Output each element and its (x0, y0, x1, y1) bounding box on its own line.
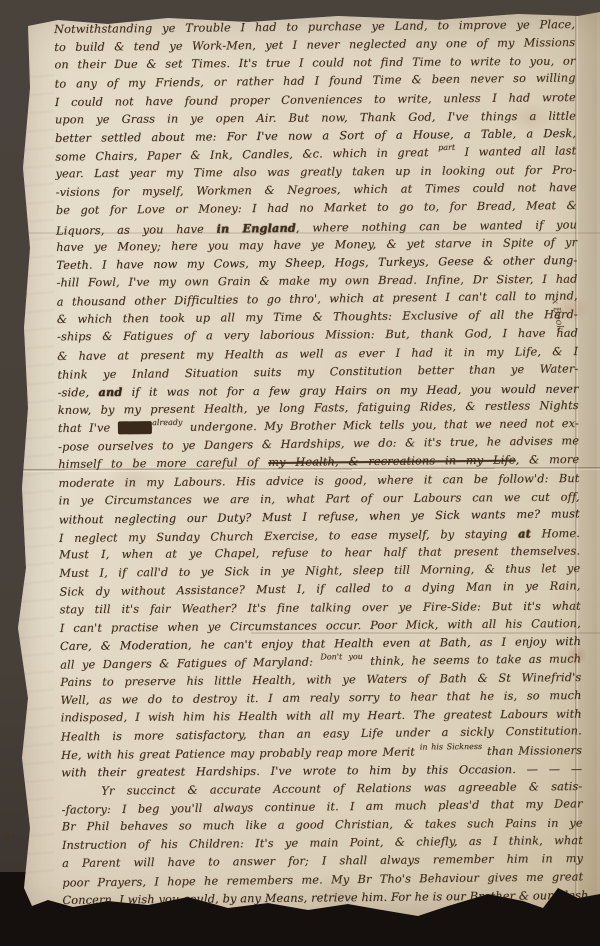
handwriting-text: some Chairs, Paper & Ink, Candles, &c. w… (55, 146, 438, 164)
interlinear-insertion: part (438, 143, 455, 152)
handwritten-line: with their greatest Hardships. I've wrot… (61, 760, 582, 782)
handwriting-text: , where nothing can be wanted if you (296, 218, 577, 234)
handwriting-text: Care, & Moderation, he can't enjoy that … (60, 635, 581, 653)
handwriting-text: stay till it's fair Weather? It's fine t… (60, 599, 581, 616)
interlinear-insertion: already (152, 418, 182, 427)
letter-body-text: Notwithstanding ye Trouble I had to purc… (54, 16, 584, 910)
manuscript-page: Notwithstanding ye Trouble I had to purc… (18, 8, 600, 920)
handwriting-text: Sick dy without Assistance? Must I, if c… (59, 580, 580, 599)
handwriting-text: on their Due & set Times. It's true I co… (54, 55, 575, 72)
handwriting-text: -hill Fowl, I've my own Grain & make my … (56, 273, 577, 290)
handwriting-text: I wanted all last (455, 144, 576, 158)
handwriting-text: and (98, 385, 122, 399)
handwriting-text: Br Phil behaves so much like a good Chri… (62, 817, 583, 834)
handwriting-text: in ye Circumstances we are in, what Part… (59, 490, 580, 507)
interlinear-insertion: Don't you (320, 652, 363, 662)
handwriting-text: upon ye Grass in ye open Air. But now, T… (55, 109, 576, 126)
handwritten-line: -side, and if it was not for a few gray … (57, 379, 578, 401)
handwriting-text: to any of my Friends, or rather had I fo… (55, 72, 576, 91)
handwriting-text: poor Prayers, I hope he remembers me. My… (62, 870, 583, 889)
handwriting-text: with their greatest Hardships. I've wrot… (61, 762, 582, 779)
struck-out-text: my Health, & recreations in my Life (268, 454, 516, 469)
handwriting-text: think ye Inland Situation suits my Const… (57, 362, 578, 381)
handwritten-line: upon ye Grass in ye open Air. But now, T… (55, 107, 576, 129)
handwriting-text: -ships & Fatigues of a very laborious Mi… (57, 327, 578, 344)
handwriting-text: -visions for myself, Workmen & Negroes, … (56, 181, 577, 199)
handwriting-text: Well, as we do to destroy it. I am realy… (60, 689, 581, 707)
handwriting-text: -factory: I beg you'll always continue i… (61, 797, 582, 816)
handwriting-text: Teeth. I have now my Cows, my Sheep, Hog… (56, 254, 577, 272)
handwriting-text: a thousand other Difficulties to go thro… (57, 289, 578, 308)
handwriting-text: Notwithstanding ye Trouble I had to purc… (54, 18, 575, 36)
handwriting-text: in England (216, 220, 295, 235)
handwriting-text: Instruction of his Children: It's ye mai… (62, 834, 583, 852)
struck-out-text: ——— (118, 421, 152, 434)
handwriting-text: & have at present my Health as well as e… (57, 345, 578, 363)
handwriting-text: think, he seems to take as much (363, 652, 581, 668)
handwriting-text: Liquors, as you have (56, 222, 217, 237)
handwriting-text: if it was not for a few gray Hairs on my… (122, 382, 578, 398)
handwriting-text: I could not have found proper Convenienc… (55, 91, 576, 109)
handwriting-text: better settled about me: For I've now a … (55, 127, 576, 145)
handwriting-text: be got for Love or Money: I had no Marke… (56, 199, 577, 217)
margin-annotation-left: the (1, 831, 15, 842)
scan-background: Notwithstanding ye Trouble I had to purc… (0, 0, 600, 946)
handwriting-text: to build & tend ye Work-Men, yet I never… (54, 36, 575, 54)
handwriting-text: Must I, when at ye Chapel, refuse to hea… (59, 545, 580, 562)
handwriting-text: Health is more satisfactory, than an eas… (61, 725, 582, 744)
handwriting-text: all ye Dangers & Fatigues of Maryland: (60, 655, 320, 671)
handwriting-text: than Missioners (482, 744, 582, 758)
handwriting-text: He, with his great Patience may probably… (61, 745, 420, 761)
handwriting-text: Yr succinct & accurate Account of Relati… (101, 780, 582, 798)
handwriting-text: -side, (58, 386, 99, 399)
ink-showthrough (20, 68, 54, 888)
handwriting-text: that I've (58, 422, 118, 436)
handwriting-text: a Parent will have to answer for; I shal… (62, 852, 583, 870)
handwritten-line: Must I, when at ye Chapel, refuse to hea… (59, 543, 580, 565)
handwriting-text: moderate in my Labours. His advice is go… (58, 471, 579, 489)
handwriting-text: himself to be more careful of (58, 456, 268, 471)
handwriting-text: year. Last year my Time also was greatly… (55, 164, 576, 181)
handwriting-text: undergone. My Brother Mick tells you, th… (182, 417, 579, 434)
handwriting-text: at (518, 526, 531, 540)
handwriting-text: & which then took up all my Time & Thoug… (57, 308, 578, 326)
handwriting-text: indisposed, I wish him his Health with a… (61, 708, 582, 725)
interlinear-insertion: in his Sickness (420, 742, 482, 752)
handwriting-text: without neglecting our Duty? Must I refu… (59, 507, 580, 526)
handwriting-text: know, by my present Health, ye long Fast… (58, 399, 579, 417)
handwriting-text: -pose ourselves to ye Dangers & Hardship… (58, 435, 579, 454)
handwriting-text: I neglect my Sunday Church Exercise, to … (59, 528, 518, 545)
handwriting-text: I can't practise when ye Circumstances o… (60, 617, 581, 635)
handwriting-text: , & more (516, 453, 580, 467)
handwriting-text: Home. (531, 527, 580, 540)
handwritten-line: stay till it's fair Weather? It's fine t… (60, 597, 581, 619)
